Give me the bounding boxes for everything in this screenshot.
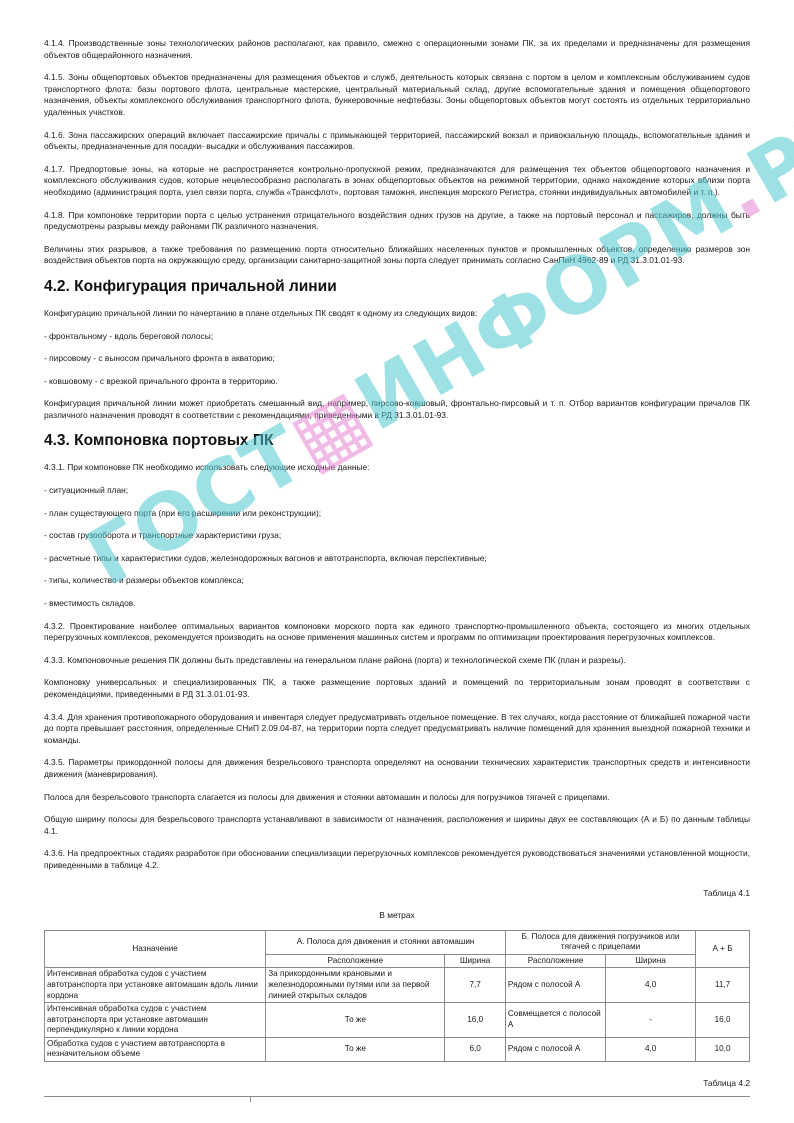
cell-sum: 10,0 (696, 1037, 750, 1061)
section-4-2-title: 4.2. Конфигурация причальной линии (44, 278, 750, 296)
cell-b-location: Совмещается с полосой А (505, 1003, 605, 1038)
paragraph-4-1-5: 4.1.5. Зоны общепортовых объектов предна… (44, 72, 750, 118)
table-header-row: Назначение А. Полоса для движения и стоя… (45, 930, 750, 954)
table-row: Интенсивная обработка судов с участием а… (45, 968, 750, 1003)
cell-b-width: 4,0 (606, 1037, 696, 1061)
cell-b-width: - (606, 1003, 696, 1038)
paragraph-4-3-5: 4.3.5. Параметры прикордонной полосы для… (44, 757, 750, 780)
paragraph: Конфигурацию причальной линии по начерта… (44, 308, 750, 320)
cell-sum: 11,7 (696, 968, 750, 1003)
paragraph-4-3-6: 4.3.6. На предпроектных стадиях разработ… (44, 848, 750, 871)
paragraph-4-1-6: 4.1.6. Зона пассажирских операций включа… (44, 130, 750, 153)
paragraph: Компоновку универсальных и специализиров… (44, 677, 750, 700)
paragraph-4-3-4: 4.3.4. Для хранения противопожарного обо… (44, 712, 750, 747)
paragraph-4-1-8: 4.1.8. При компоновке территории порта с… (44, 210, 750, 233)
header-group-a: А. Полоса для движения и стоянки автомаш… (266, 930, 506, 954)
cell-b-location: Рядом с полосой А (505, 968, 605, 1003)
cell-sum: 16,0 (696, 1003, 750, 1038)
list-item: - ковшовому - с врезкой причального фрон… (44, 376, 750, 388)
list-item: - типы, количество и размеры объектов ко… (44, 575, 750, 587)
cell-purpose: Интенсивная обработка судов с участием а… (45, 968, 266, 1003)
table-row: Интенсивная обработка судов с участием а… (45, 1003, 750, 1038)
table-4-2-top-border (44, 1096, 750, 1097)
paragraph: Полоса для безрельсового транспорта слаг… (44, 792, 750, 804)
paragraph-4-3-1: 4.3.1. При компоновке ПК необходимо испо… (44, 462, 750, 474)
list-item: - фронтальному - вдоль береговой полосы; (44, 331, 750, 343)
table-row: Обработка судов с участием автотранспорт… (45, 1037, 750, 1061)
header-a-location: Расположение (266, 954, 445, 968)
paragraph-4-3-2: 4.3.2. Проектирование наиболее оптимальн… (44, 621, 750, 644)
section-41-continuation: 4.1.4. Производственные зоны технологиче… (44, 38, 750, 267)
header-sum: А + Б (696, 930, 750, 968)
document-page: 4.1.4. Производственные зоны технологиче… (44, 38, 750, 1097)
cell-purpose: Интенсивная обработка судов с участием а… (45, 1003, 266, 1038)
section-4-3-body: 4.3.1. При компоновке ПК необходимо испо… (44, 462, 750, 871)
cell-b-location: Рядом с полосой А (505, 1037, 605, 1061)
cell-a-width: 7,7 (445, 968, 505, 1003)
cell-a-width: 16,0 (445, 1003, 505, 1038)
list-item: - состав грузооборота и транспортные хар… (44, 530, 750, 542)
list-item: - вместимость складов. (44, 598, 750, 610)
paragraph-4-1-7: 4.1.7. Предпортовые зоны, на которые не … (44, 164, 750, 199)
header-purpose: Назначение (45, 930, 266, 968)
list-item: - ситуационный план; (44, 485, 750, 497)
header-a-width: Ширина (445, 954, 505, 968)
cell-a-location: То же (266, 1003, 445, 1038)
cell-a-location: То же (266, 1037, 445, 1061)
cell-purpose: Обработка судов с участием автотранспорт… (45, 1037, 266, 1061)
paragraph: Общую ширину полосы для безрельсового тр… (44, 814, 750, 837)
paragraph: Конфигурация причальной линии может прио… (44, 398, 750, 421)
section-4-2-body: Конфигурацию причальной линии по начерта… (44, 308, 750, 422)
list-item: - план существующего порта (при его расш… (44, 508, 750, 520)
cell-b-width: 4,0 (606, 968, 696, 1003)
list-item: - пирсовому - с выносом причального фрон… (44, 353, 750, 365)
cell-a-location: За прикордонными крановыми и железнодоро… (266, 968, 445, 1003)
header-group-b: Б. Полоса для движения погрузчиков или т… (505, 930, 695, 954)
table-4-2-caption: Таблица 4.2 (44, 1078, 750, 1088)
header-b-location: Расположение (505, 954, 605, 968)
list-item: - расчетные типы и характеристики судов,… (44, 553, 750, 565)
section-4-3-title: 4.3. Компоновка портовых ПК (44, 432, 750, 450)
cell-a-width: 6,0 (445, 1037, 505, 1061)
table-4-1-caption: Таблица 4.1 (44, 888, 750, 898)
table-4-1: Назначение А. Полоса для движения и стоя… (44, 930, 750, 1063)
table-4-2-column-divider (250, 1097, 251, 1102)
header-b-width: Ширина (606, 954, 696, 968)
paragraph-4-1-4: 4.1.4. Производственные зоны технологиче… (44, 38, 750, 61)
paragraph-gaps-requirements: Величины этих разрывов, а также требован… (44, 244, 750, 267)
paragraph-4-3-3: 4.3.3. Компоновочные решения ПК должны б… (44, 655, 750, 667)
table-4-1-units: В метрах (44, 910, 750, 920)
